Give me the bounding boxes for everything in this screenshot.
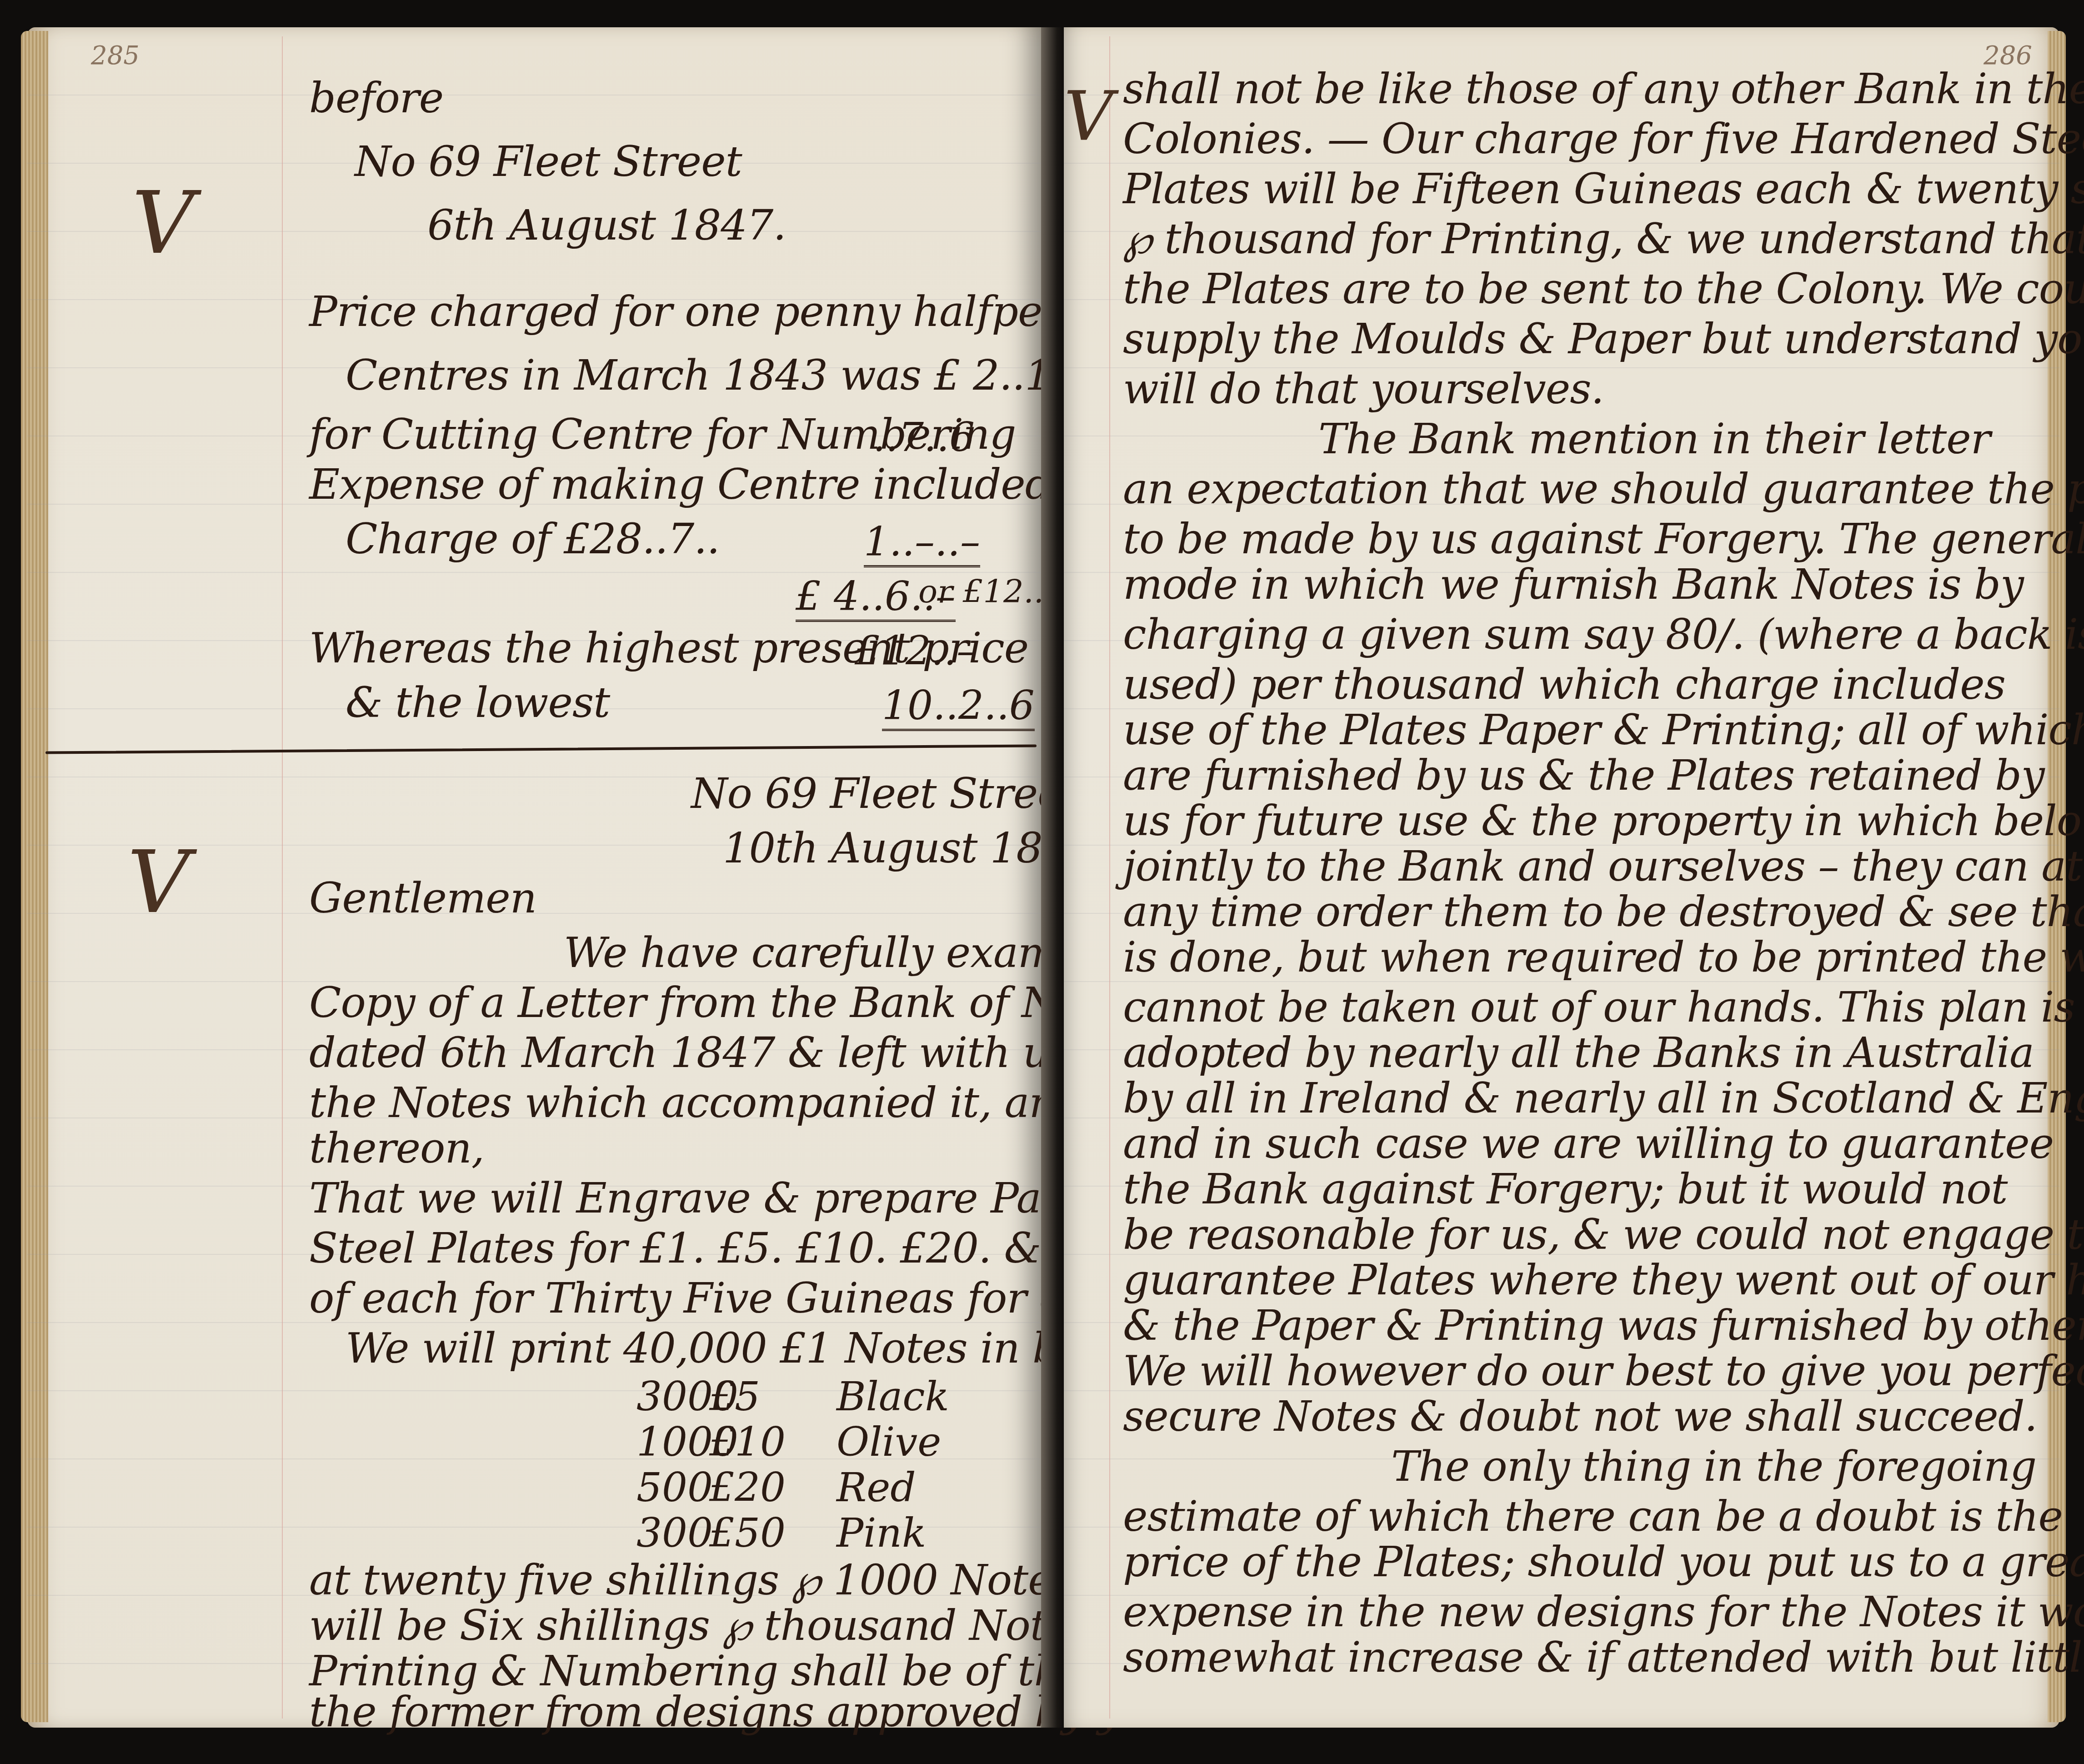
letter-line: shall not be like those of any other Ban… bbox=[1123, 68, 2084, 110]
letter-line: We will however do our best to give you … bbox=[1123, 1350, 2084, 1392]
letter-line: jointly to the Bank and ourselves – they… bbox=[1123, 846, 2082, 887]
check-tick-icon: V bbox=[132, 173, 194, 273]
check-tick-icon: V bbox=[1064, 77, 1113, 156]
memo-line: Centres in March 1843 was £ 2..18..8 bbox=[346, 355, 1129, 396]
letter-line: to be made by us against Forgery. The ge… bbox=[1123, 518, 2084, 560]
letter-line: the Bank against Forgery; but it would n… bbox=[1123, 1168, 2008, 1210]
letter-line: by all in Ireland & nearly all in Scotla… bbox=[1123, 1077, 2084, 1119]
letter-line: adopted by nearly all the Banks in Austr… bbox=[1123, 1032, 2034, 1074]
open-ledger-book: 285 V V before No 69 Fleet Street 6th Au… bbox=[27, 27, 2059, 1750]
letter-line: & the Paper & Printing was furnished by … bbox=[1123, 1305, 2084, 1347]
check-tick-icon: V bbox=[127, 832, 190, 932]
letter-line: be reasonable for us, & we could not eng… bbox=[1123, 1214, 2084, 1256]
letter-line: and in such case we are willing to guara… bbox=[1123, 1123, 2054, 1165]
letter-line: supply the Moulds & Paper but understand… bbox=[1123, 318, 2084, 360]
letter-line: use of the Plates Paper & Printing; all … bbox=[1123, 709, 2084, 751]
letter-line: is done, but when required to be printed… bbox=[1123, 937, 2084, 978]
letter-line: Colonies. — Our charge for five Hardened… bbox=[1123, 118, 2084, 160]
margin-rule bbox=[282, 36, 283, 1719]
page-number: 285 bbox=[91, 41, 140, 70]
letter-line: mode in which we furnish Bank Notes is b… bbox=[1123, 564, 2024, 606]
letter-line: secure Notes & doubt not we shall succee… bbox=[1123, 1396, 2037, 1438]
amount-expense: 1..–..– bbox=[864, 518, 980, 567]
memo-line: & the lowest bbox=[346, 682, 610, 724]
memo-line: Charge of £28..7.. bbox=[346, 518, 720, 560]
left-page: 285 V V before No 69 Fleet Street 6th Au… bbox=[27, 27, 1041, 1728]
book-gutter bbox=[1041, 27, 1064, 1728]
memo-heading: before bbox=[309, 77, 443, 119]
letter-line: used) per thousand which charge includes bbox=[1123, 664, 2005, 706]
letter-line: cannot be taken out of our hands. This p… bbox=[1123, 987, 2075, 1028]
letter-line: guarantee Plates where they went out of … bbox=[1123, 1259, 2084, 1301]
memo-address: No 69 Fleet Street bbox=[355, 141, 742, 183]
right-page: 286 V shall not be like those of any oth… bbox=[1064, 27, 2059, 1728]
memo-line: Price charged for one penny halfpenny bbox=[309, 291, 1118, 333]
letter-line: price of the Plates; should you put us t… bbox=[1123, 1541, 2084, 1583]
letter-line: The Bank mention in their letter bbox=[1318, 418, 1990, 460]
amount-lowest: 10..2..6 bbox=[882, 682, 1035, 731]
letter-line: expense in the new designs for the Notes… bbox=[1123, 1591, 2084, 1633]
letter-line: charging a given sum say 80/. (where a b… bbox=[1123, 614, 2084, 656]
letter-line: somewhat increase & if attended with but… bbox=[1123, 1637, 2084, 1679]
letter-salutation: Gentlemen bbox=[309, 877, 536, 919]
letter-line: The only thing in the foregoing bbox=[1391, 1446, 2036, 1488]
letter-line: the Plates are to be sent to the Colony.… bbox=[1123, 268, 2084, 310]
letter-line: ℘ thousand for Printing, & we understand… bbox=[1123, 218, 2084, 260]
letter-line: any time order them to be destroyed & se… bbox=[1123, 891, 2084, 933]
letter-address: No 69 Fleet Street bbox=[691, 773, 1078, 815]
letter-line: an expectation that we should guarantee … bbox=[1123, 468, 2084, 510]
letter-line: estimate of which there can be a doubt i… bbox=[1123, 1496, 2063, 1538]
letter-line: thereon, bbox=[309, 1128, 484, 1169]
memo-date: 6th August 1847. bbox=[427, 205, 786, 246]
amount-cutting-centre: ..7..6 bbox=[873, 414, 975, 461]
letter-line: are furnished by us & the Plates retaine… bbox=[1123, 755, 2044, 797]
amount-highest: £12..– bbox=[855, 627, 977, 674]
letter-line: us for future use & the property in whic… bbox=[1123, 800, 2084, 842]
letter-line: will do that yourselves. bbox=[1123, 368, 1604, 410]
margin-rule bbox=[1109, 36, 1110, 1719]
letter-line: Plates will be Fifteen Guineas each & tw… bbox=[1123, 168, 2084, 210]
